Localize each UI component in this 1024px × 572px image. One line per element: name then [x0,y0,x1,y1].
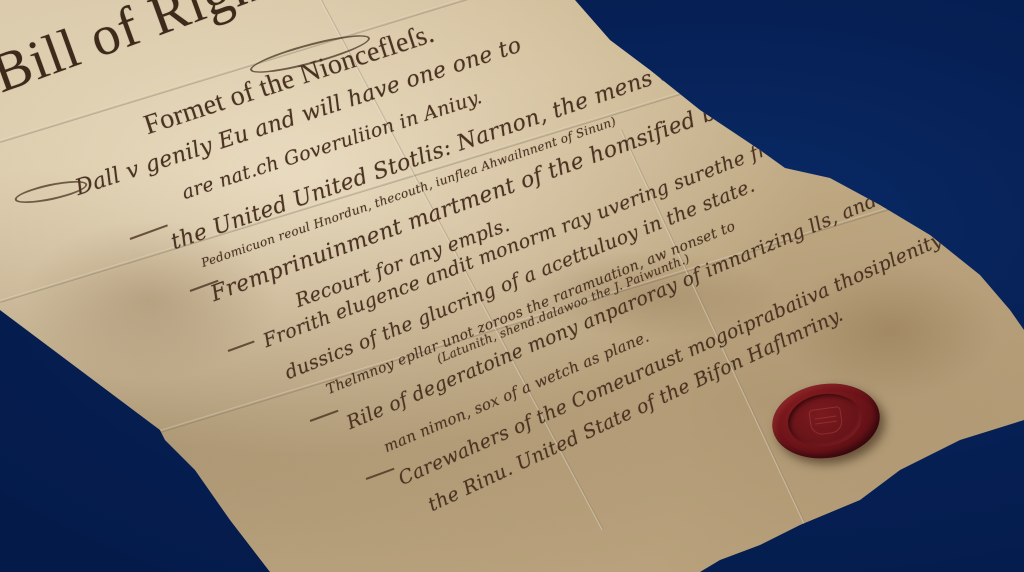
dash-mark [366,468,395,480]
photo-scene: Bill of Rights Formet of the Nioncefleſs… [0,0,1024,572]
seal-impression [785,389,866,451]
seal-crest-icon [808,406,843,436]
dash-mark [310,410,339,422]
parchment-document: Bill of Rights Formet of the Nioncefleſs… [0,0,1024,572]
